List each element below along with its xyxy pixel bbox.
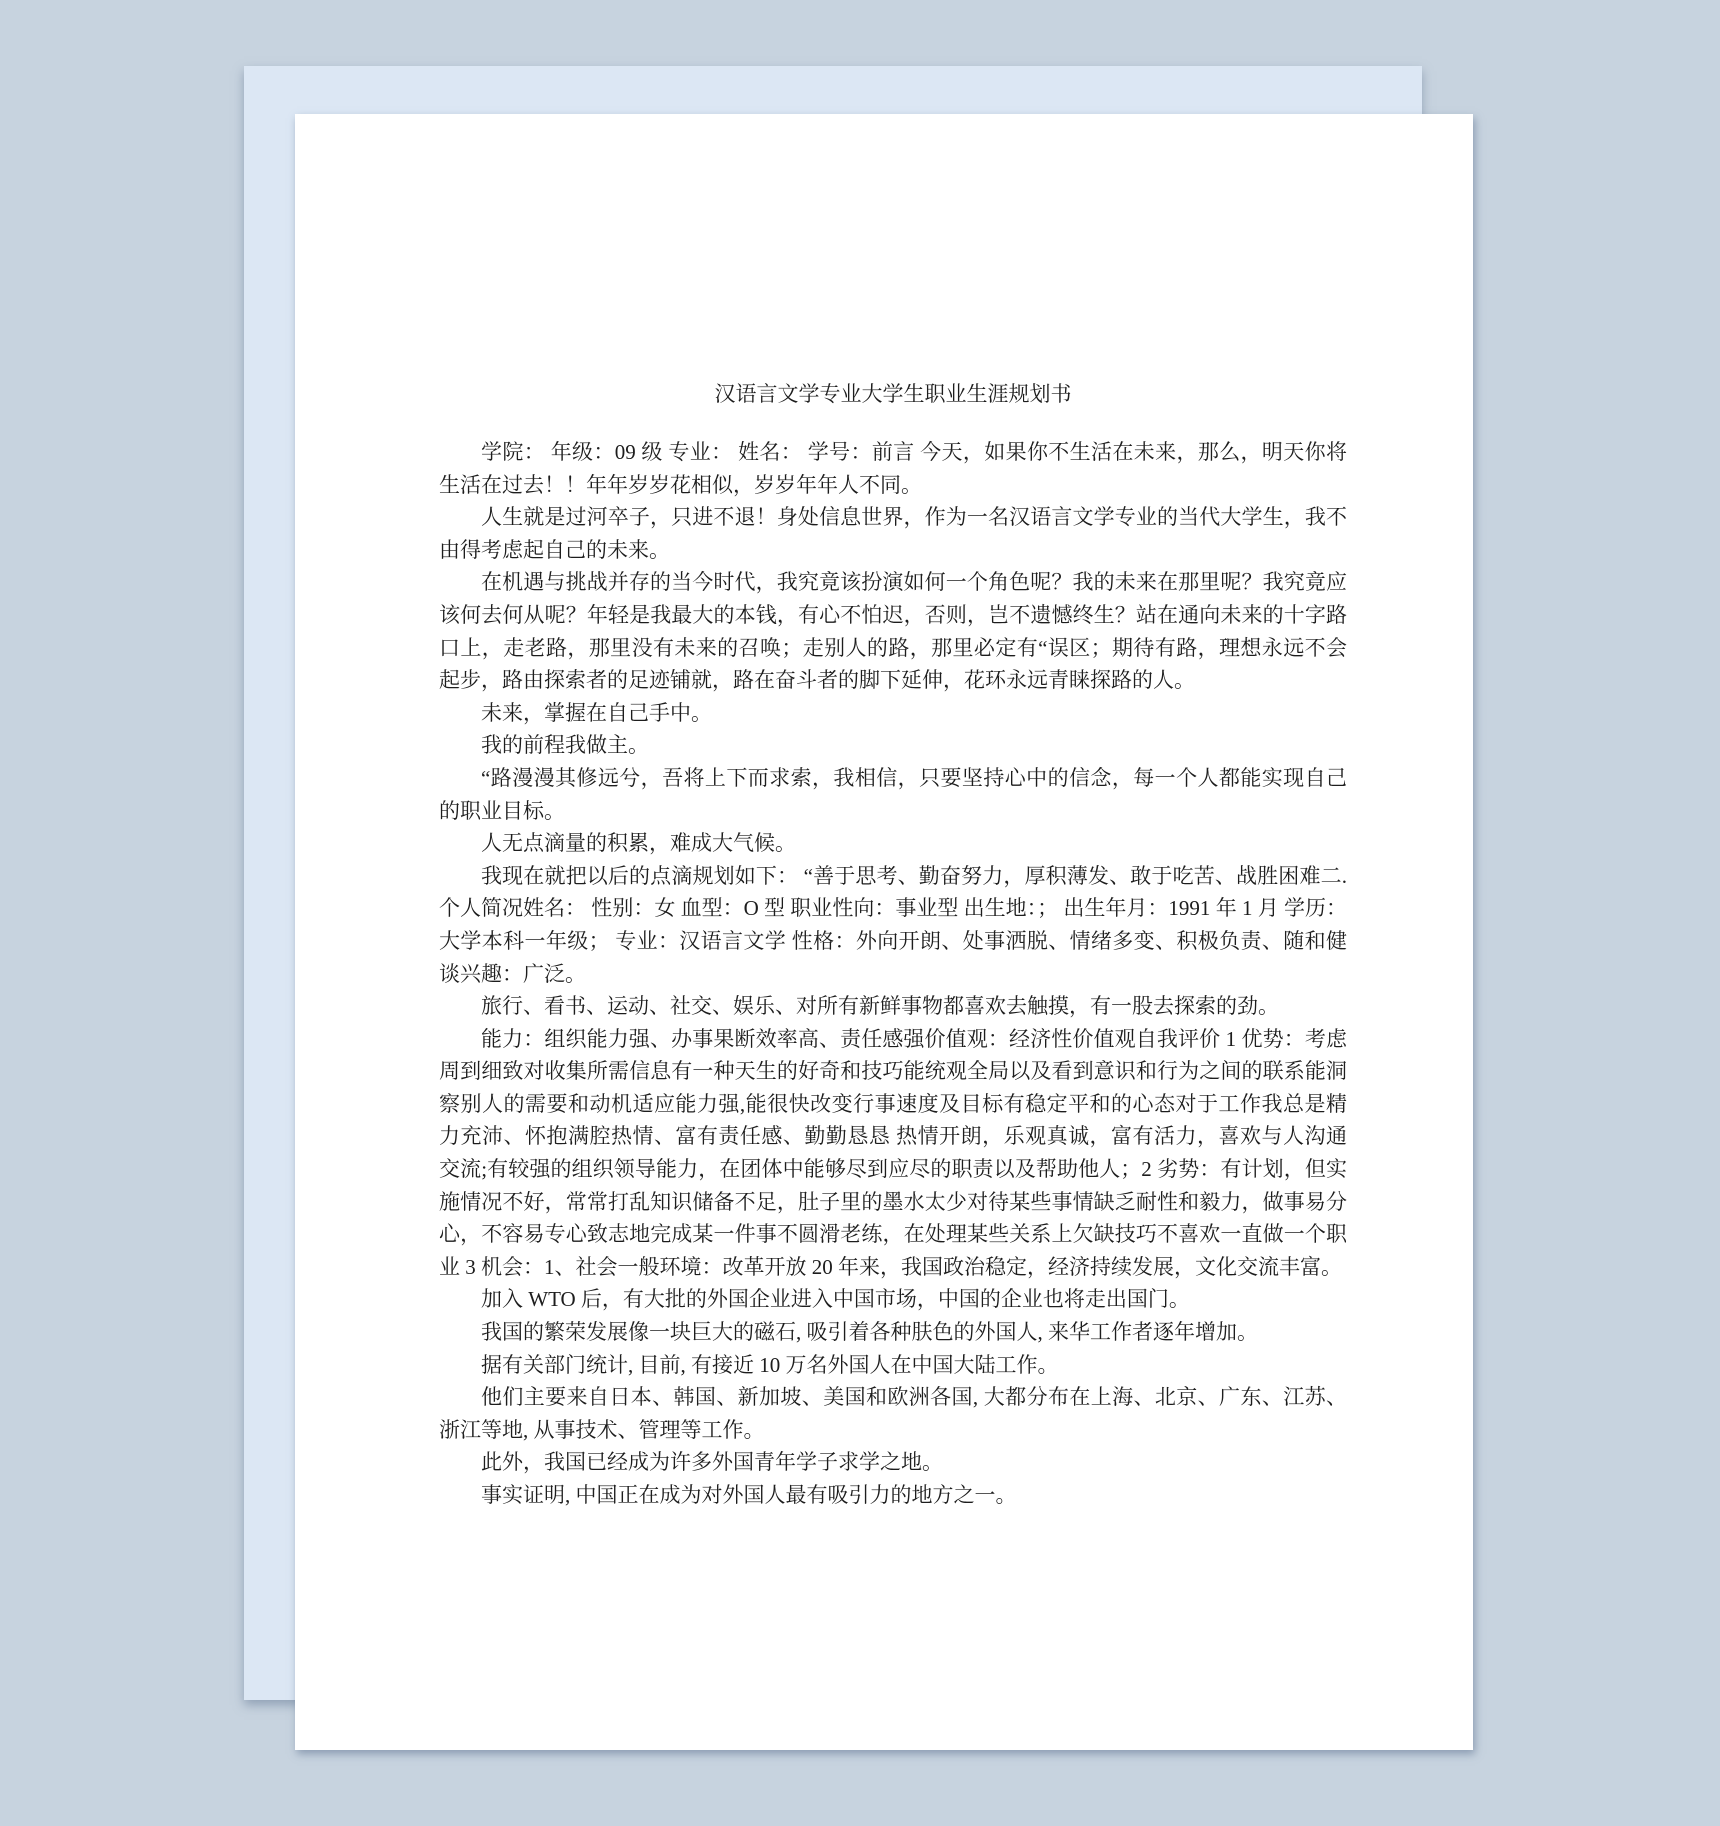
paragraph: 我的前程我做主。 xyxy=(439,729,1347,762)
paragraph: 我国的繁荣发展像一块巨大的磁石, 吸引着各种肤色的外国人, 来华工作者逐年增加。 xyxy=(439,1316,1347,1349)
paragraph: 加入 WTO 后，有大批的外国企业进入中国市场，中国的企业也将走出国门。 xyxy=(439,1283,1347,1316)
paragraph: 在机遇与挑战并存的当今时代，我究竟该扮演如何一个角色呢？我的未来在那里呢？我究竟… xyxy=(439,566,1347,696)
paragraph: 据有关部门统计, 目前, 有接近 10 万名外国人在中国大陆工作。 xyxy=(439,1349,1347,1382)
paragraph: 能力：组织能力强、办事果断效率高、责任感强价值观：经济性价值观自我评价 1 优势… xyxy=(439,1023,1347,1284)
page-front: 汉语言文学专业大学生职业生涯规划书 学院： 年级：09 级 专业： 姓名： 学号… xyxy=(295,114,1473,1750)
paragraph: 人无点滴量的积累，难成大气候。 xyxy=(439,827,1347,860)
paragraph: 事实证明, 中国正在成为对外国人最有吸引力的地方之一。 xyxy=(439,1479,1347,1512)
document-title: 汉语言文学专业大学生职业生涯规划书 xyxy=(439,378,1347,411)
paragraph: 他们主要来自日本、韩国、新加坡、美国和欧洲各国, 大都分布在上海、北京、广东、江… xyxy=(439,1381,1347,1446)
paragraph: 学院： 年级：09 级 专业： 姓名： 学号：前言 今天，如果你不生活在未来，那… xyxy=(439,436,1347,501)
paragraph: 此外，我国已经成为许多外国青年学子求学之地。 xyxy=(439,1446,1347,1479)
paragraph: “路漫漫其修远兮，吾将上下而求索，我相信，只要坚持心中的信念，每一个人都能实现自… xyxy=(439,762,1347,827)
paragraph: 未来，掌握在自己手中。 xyxy=(439,697,1347,730)
paragraph: 人生就是过河卒子，只进不退！身处信息世界，作为一名汉语言文学专业的当代大学生，我… xyxy=(439,501,1347,566)
document-body: 学院： 年级：09 级 专业： 姓名： 学号：前言 今天，如果你不生活在未来，那… xyxy=(439,436,1347,1512)
paragraph: 旅行、看书、运动、社交、娱乐、对所有新鲜事物都喜欢去触摸，有一股去探索的劲。 xyxy=(439,990,1347,1023)
paragraph: 我现在就把以后的点滴规划如下： “善于思考、勤奋努力，厚积薄发、敢于吃苦、战胜困… xyxy=(439,860,1347,990)
